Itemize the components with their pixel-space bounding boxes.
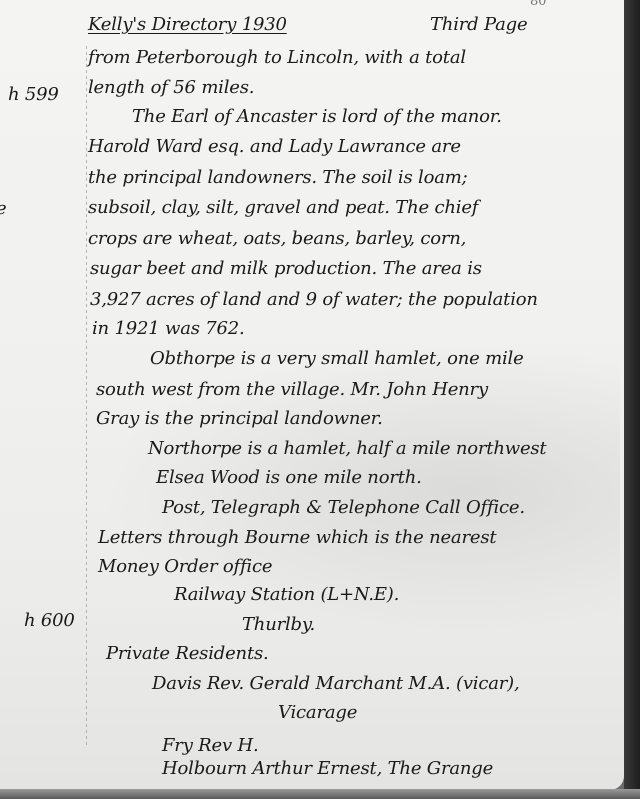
page-number: 80 bbox=[530, 0, 546, 9]
document-page: 80 Kelly's Directory 1930 Third Page h 5… bbox=[0, 0, 624, 790]
margin-rule bbox=[86, 46, 87, 746]
resident-entry: Fry Rev H. bbox=[162, 735, 259, 756]
margin-note-e: e bbox=[0, 198, 6, 219]
text-line: subsoil, clay, silt, gravel and peat. Th… bbox=[88, 197, 478, 218]
text-line: sugar beet and milk production. The area… bbox=[90, 258, 482, 279]
text-line: from Peterborough to Lincoln, with a tot… bbox=[88, 47, 466, 68]
page-bottom-shadow bbox=[0, 789, 640, 799]
text-line: Railway Station (L+N.E). bbox=[174, 584, 399, 605]
margin-note-h600: h 600 bbox=[24, 610, 75, 631]
section-heading-private-residents: Private Residents. bbox=[106, 643, 269, 664]
text-line: Gray is the principal landowner. bbox=[96, 408, 383, 429]
text-line: Letters through Bourne which is the near… bbox=[98, 527, 496, 548]
text-line: Obthorpe is a very small hamlet, one mil… bbox=[150, 348, 524, 369]
resident-entry-address: Vicarage bbox=[278, 702, 357, 723]
text-line: Harold Ward esq. and Lady Lawrance are bbox=[88, 136, 461, 157]
text-line: 3,927 acres of land and 9 of water; the … bbox=[90, 289, 538, 310]
text-line: the principal landowners. The soil is lo… bbox=[88, 167, 467, 188]
text-line: in 1921 was 762. bbox=[92, 318, 245, 339]
place-heading-thurlby: Thurlby. bbox=[242, 614, 315, 635]
text-line: length of 56 miles. bbox=[88, 77, 254, 98]
text-line: crops are wheat, oats, beans, barley, co… bbox=[88, 228, 466, 249]
resident-entry: Holbourn Arthur Ernest, The Grange bbox=[162, 758, 493, 779]
page-label: Third Page bbox=[430, 14, 527, 35]
resident-entry: Davis Rev. Gerald Marchant M.A. (vicar), bbox=[152, 673, 520, 694]
text-line: Elsea Wood is one mile north. bbox=[156, 467, 422, 488]
binding-shadow bbox=[624, 0, 640, 799]
text-line: Money Order office bbox=[98, 556, 272, 577]
margin-note-h599: h 599 bbox=[8, 84, 59, 105]
document-title: Kelly's Directory 1930 bbox=[88, 14, 287, 35]
text-line: south west from the village. Mr. John He… bbox=[96, 379, 488, 400]
text-line: Northorpe is a hamlet, half a mile north… bbox=[148, 438, 546, 459]
text-line: Post, Telegraph & Telephone Call Office. bbox=[162, 497, 525, 518]
text-line: The Earl of Ancaster is lord of the mano… bbox=[132, 106, 502, 127]
